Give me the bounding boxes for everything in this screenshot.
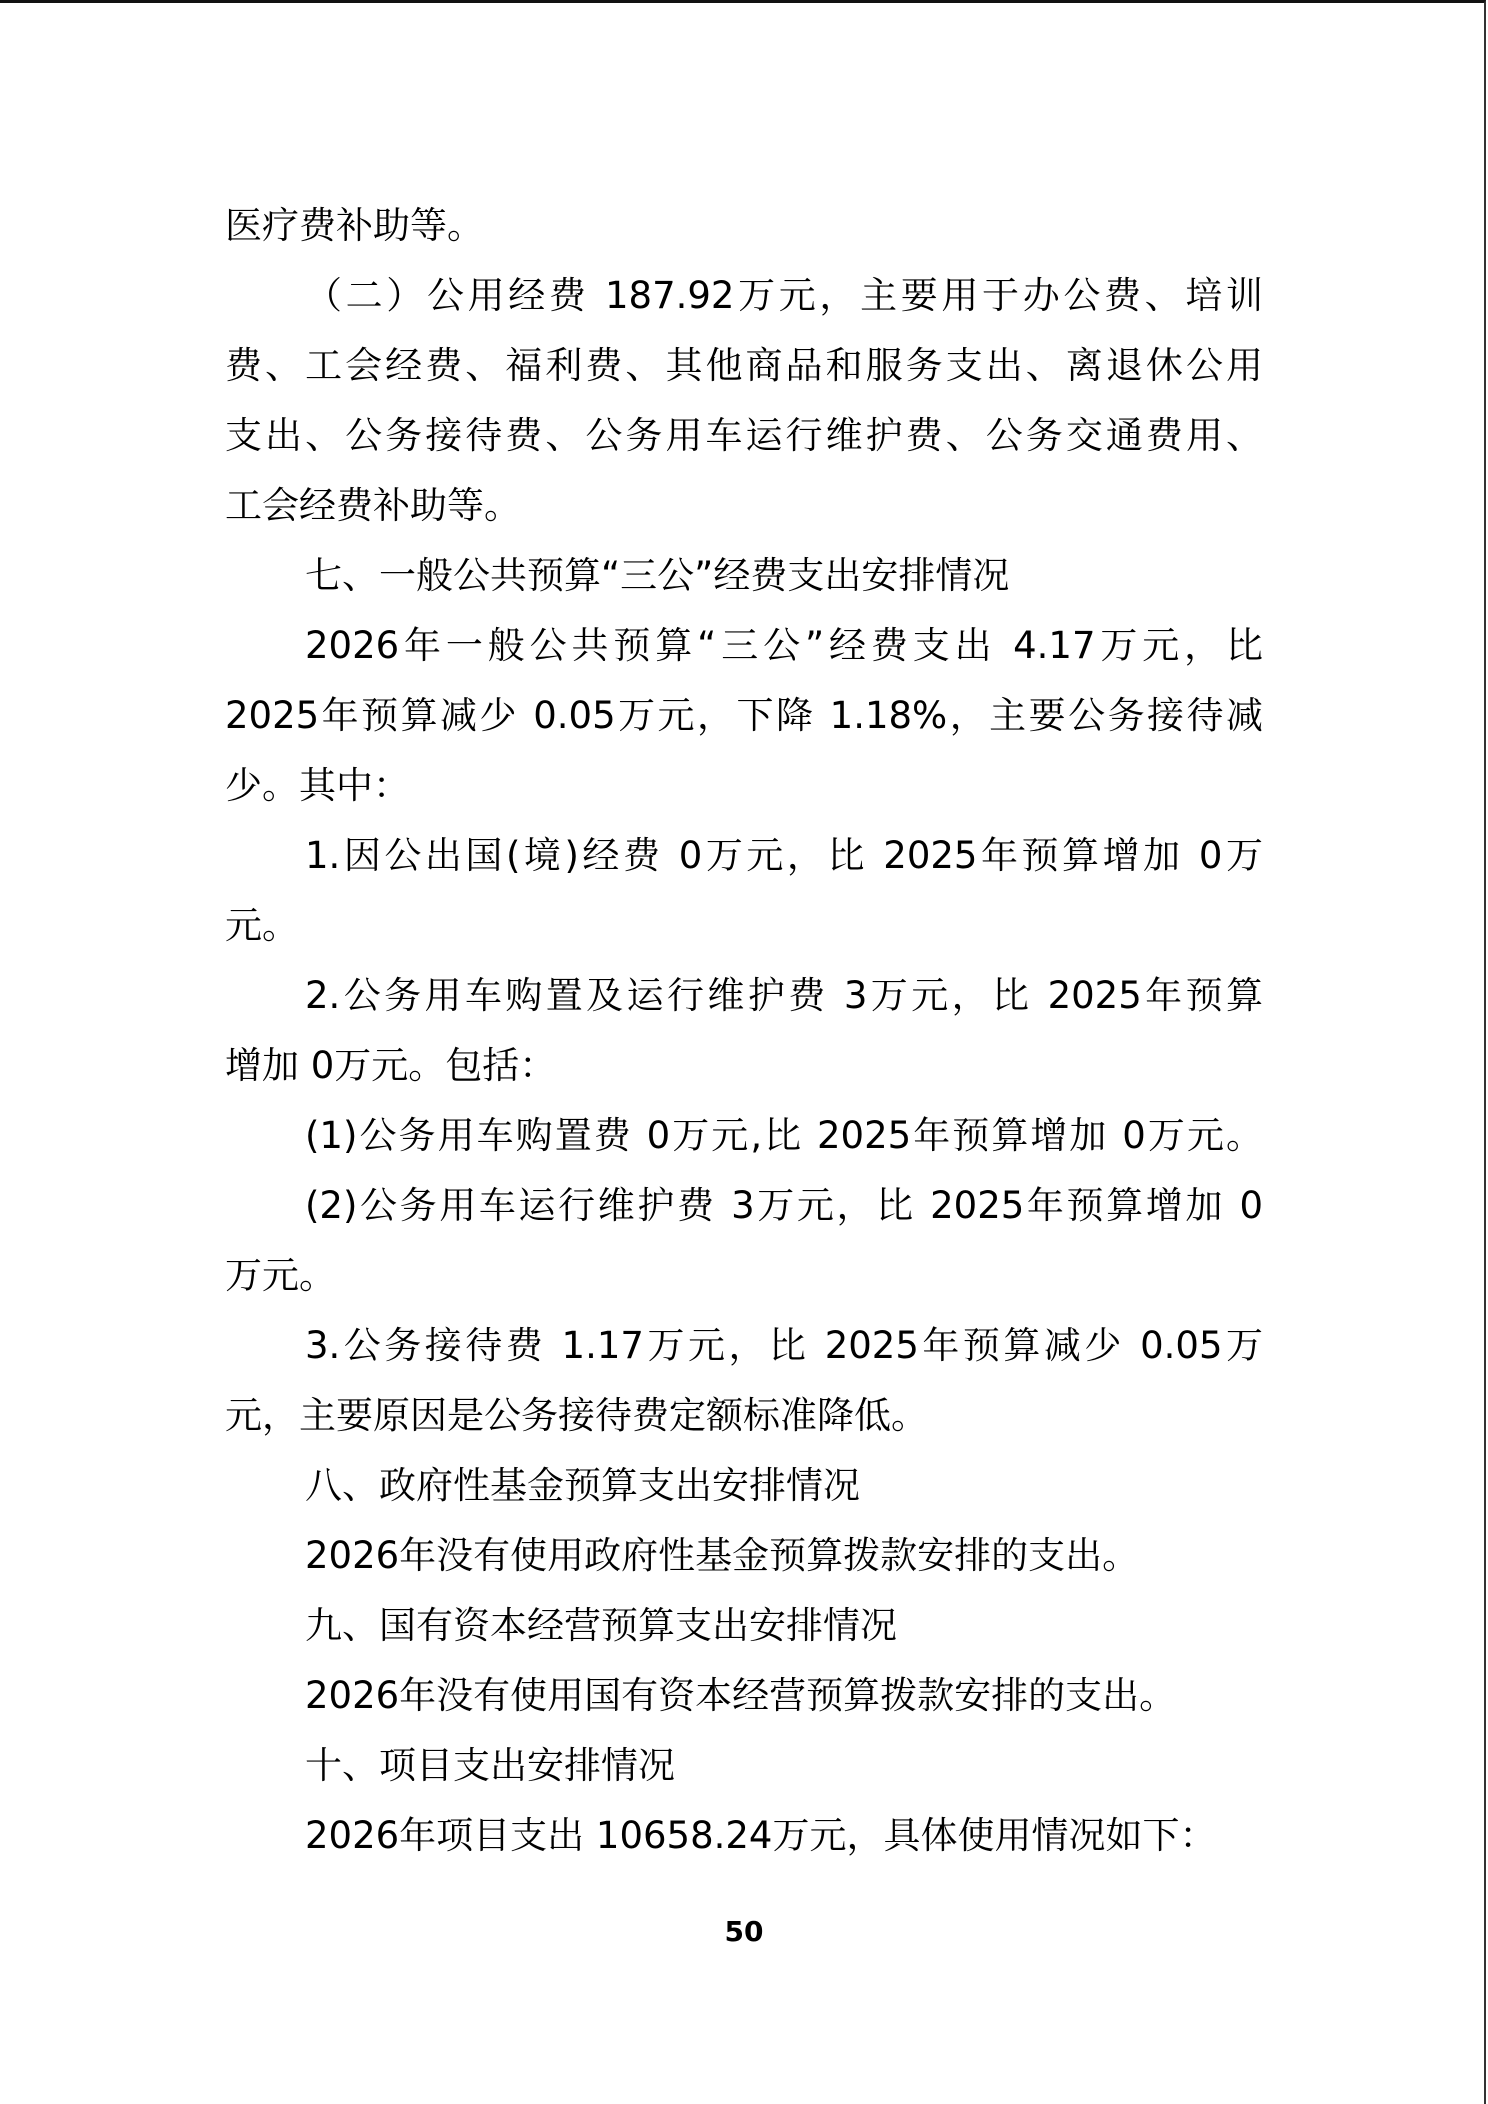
text-line: 少。其中： bbox=[225, 756, 1263, 826]
text-line: 费、工会经费、福利费、其他商品和服务支出、离退休公用 bbox=[225, 336, 1263, 406]
text-line: 2026年没有使用国有资本经营预算拨款安排的支出。 bbox=[225, 1666, 1263, 1736]
text-line: （二）公用经费 187.92万元，主要用于办公费、培训 bbox=[225, 266, 1263, 336]
text-line: 2026年一般公共预算“三公”经费支出 4.17万元，比 bbox=[225, 616, 1263, 686]
text-line: 2026年项目支出 10658.24万元，具体使用情况如下： bbox=[225, 1806, 1263, 1876]
section-heading: 十、项目支出安排情况 bbox=[225, 1736, 1263, 1806]
text-line: 增加 0万元。包括： bbox=[225, 1036, 1263, 1106]
text-line: 工会经费补助等。 bbox=[225, 476, 1263, 546]
section-heading: 九、国有资本经营预算支出安排情况 bbox=[225, 1596, 1263, 1666]
list-item: 2.公务用车购置及运行维护费 3万元，比 2025年预算 bbox=[225, 966, 1263, 1036]
page-number: 50 bbox=[0, 1915, 1488, 1948]
list-item: (2)公务用车运行维护费 3万元，比 2025年预算增加 0 bbox=[225, 1176, 1263, 1246]
text-line: 医疗费补助等。 bbox=[225, 196, 1263, 266]
text-line: 2025年预算减少 0.05万元，下降 1.18%，主要公务接待减 bbox=[225, 686, 1263, 756]
text-line: 元，主要原因是公务接待费定额标准降低。 bbox=[225, 1386, 1263, 1456]
list-item: 1.因公出国(境)经费 0万元，比 2025年预算增加 0万 bbox=[225, 826, 1263, 896]
section-heading: 八、政府性基金预算支出安排情况 bbox=[225, 1456, 1263, 1526]
text-line: 万元。 bbox=[225, 1246, 1263, 1316]
list-item: (1)公务用车购置费 0万元,比 2025年预算增加 0万元。 bbox=[225, 1106, 1263, 1176]
section-heading: 七、一般公共预算“三公”经费支出安排情况 bbox=[225, 546, 1263, 616]
body-text: 医疗费补助等。 （二）公用经费 187.92万元，主要用于办公费、培训 费、工会… bbox=[225, 196, 1263, 1876]
list-item: 3.公务接待费 1.17万元，比 2025年预算减少 0.05万 bbox=[225, 1316, 1263, 1386]
text-line: 2026年没有使用政府性基金预算拨款安排的支出。 bbox=[225, 1526, 1263, 1596]
text-line: 支出、公务接待费、公务用车运行维护费、公务交通费用、 bbox=[225, 406, 1263, 476]
text-line: 元。 bbox=[225, 896, 1263, 966]
document-page: 医疗费补助等。 （二）公用经费 187.92万元，主要用于办公费、培训 费、工会… bbox=[0, 0, 1486, 2104]
